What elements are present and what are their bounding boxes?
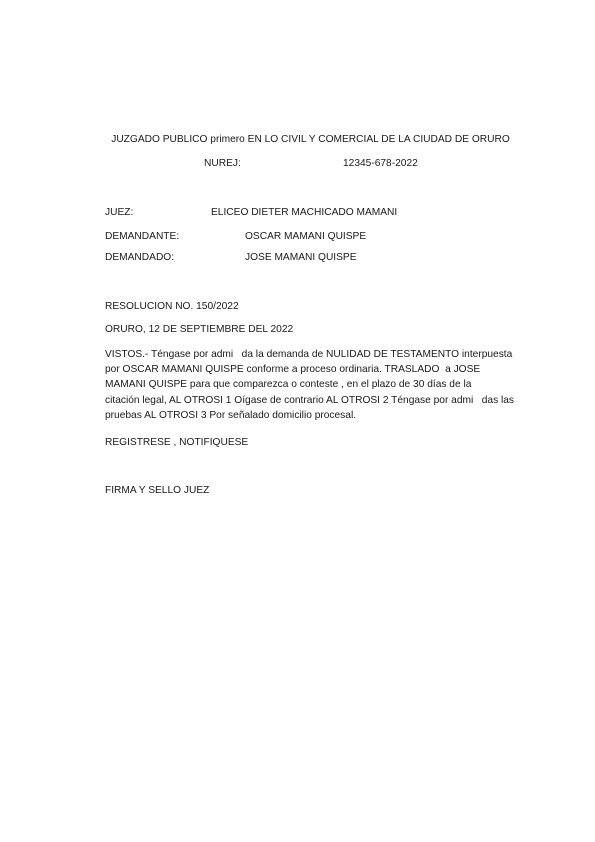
court-title: JUZGADO PUBLICO primero EN LO CIVIL Y CO… xyxy=(0,133,595,146)
nurej-value: 12345-678-2022 xyxy=(343,157,418,170)
body-line: por OSCAR MAMANI QUISPE conforme a proce… xyxy=(105,362,525,377)
body-line: pruebas AL OTROSI 3 Por señalado domicil… xyxy=(105,408,525,423)
nurej-label: NUREJ: xyxy=(204,157,241,170)
demandante-label: DEMANDANTE: xyxy=(105,230,179,243)
demandado-label: DEMANDADO: xyxy=(105,251,174,264)
resolution-date: ORURO, 12 DE SEPTIEMBRE DEL 2022 xyxy=(105,323,293,336)
resolution-body: VISTOS.- Téngase por admi da la demanda … xyxy=(105,347,525,423)
body-line: MAMANI QUISPE para que comparezca o cont… xyxy=(105,377,525,392)
resolution-number: RESOLUCION NO. 150/2022 xyxy=(105,300,239,313)
juez-label: JUEZ: xyxy=(105,206,133,219)
juez-value: ELICEO DIETER MACHICADO MAMANI xyxy=(211,206,397,219)
document-page: JUZGADO PUBLICO primero EN LO CIVIL Y CO… xyxy=(0,0,595,842)
demandado-value: JOSE MAMANI QUISPE xyxy=(245,251,357,264)
signature-line: FIRMA Y SELLO JUEZ xyxy=(105,484,209,497)
registrese-notice: REGISTRESE , NOTIFIQUESE xyxy=(105,436,248,449)
body-line: VISTOS.- Téngase por admi da la demanda … xyxy=(105,347,525,362)
demandante-value: OSCAR MAMANI QUISPE xyxy=(245,230,366,243)
body-line: citación legal, AL OTROSI 1 Oígase de co… xyxy=(105,393,525,408)
